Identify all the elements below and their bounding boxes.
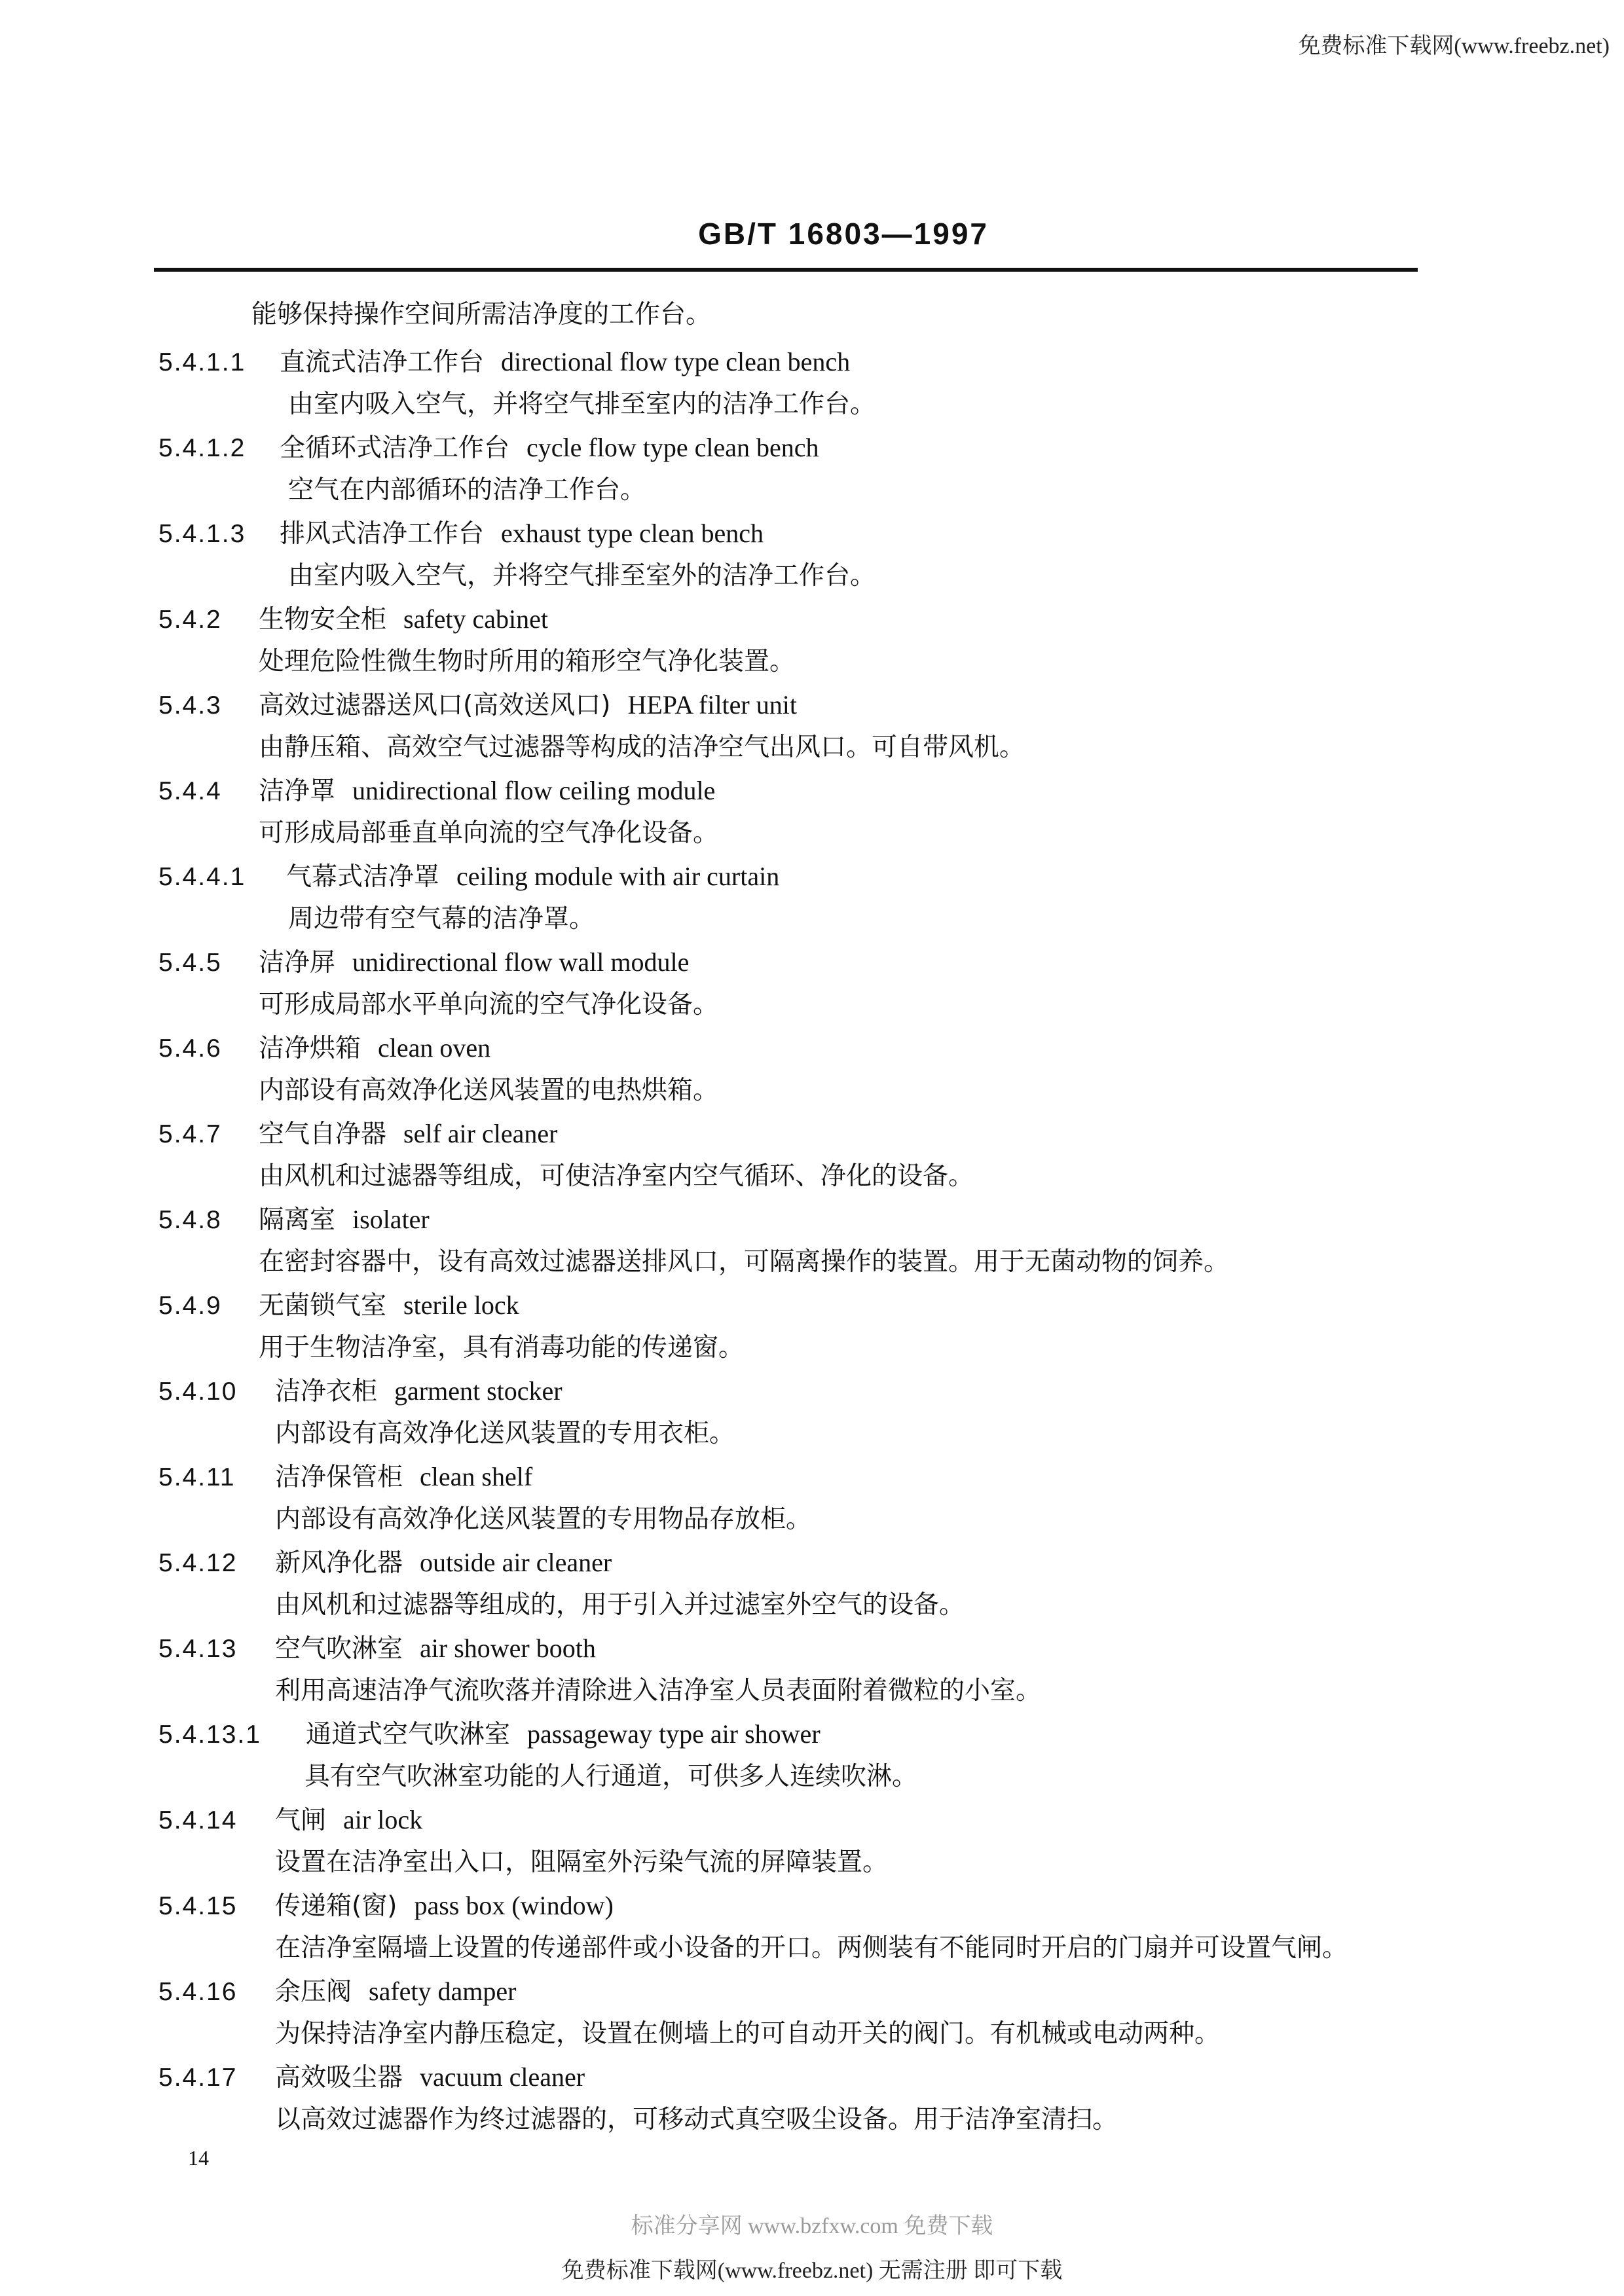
term-definition: 利用高速洁净气流吹落并清除进入洁净室人员表面附着微粒的小室。 [275,1676,1041,1706]
term-zh: 空气吹淋室 [275,1634,403,1664]
term-entry-heading: 5.4.11洁净保管柜clean shelf [158,1462,532,1493]
term-definition: 为保持洁净室内静压稳定，设置在侧墙上的可自动开关的阀门。有机械或电动两种。 [275,2019,1220,2049]
term-en: outside air cleaner [420,1548,612,1577]
term-zh: 洁净屏 [259,948,335,977]
term-entry-heading: 5.4.1.1直流式洁净工作台directional flow type cle… [158,347,850,378]
term-en: safety damper [369,1977,516,2006]
term-definition: 由室内吸入空气，并将空气排至室内的洁净工作台。 [288,390,876,420]
term-zh: 高效吸尘器 [275,2063,403,2092]
term-zh: 空气自净器 [259,1120,386,1149]
term-en: cycle flow type clean bench [526,433,819,462]
term-en: clean shelf [420,1462,532,1491]
term-definition: 内部设有高效净化送风装置的专用物品存放柜。 [275,1504,811,1535]
term-en: air lock [343,1805,422,1834]
entry-number: 5.4.4.1 [158,862,286,892]
term-definition: 设置在洁净室出入口，阻隔室外污染气流的屏障装置。 [275,1848,888,1878]
entry-number: 5.4.1.1 [158,348,280,378]
term-en: directional flow type clean bench [501,347,850,376]
term-definition: 周边带有空气幕的洁净罩。 [288,904,595,934]
term-zh: 传递箱(窗) [275,1891,397,1921]
term-definition: 以高效过滤器作为终过滤器的，可移动式真空吸尘设备。用于洁净室清扫。 [275,2105,1118,2135]
watermark-top: 免费标准下载网(www.freebz.net) [1298,27,1610,60]
term-definition: 由静压箱、高效空气过滤器等构成的洁净空气出风口。可自带风机。 [259,733,1025,763]
term-entry-heading: 5.4.8隔离室isolater [158,1205,430,1235]
term-definition: 在密封容器中，设有高效过滤器送排风口，可隔离操作的装置。用于无菌动物的饲养。 [259,1247,1229,1277]
term-zh: 直流式洁净工作台 [280,348,484,377]
entry-number: 5.4.10 [158,1377,275,1407]
watermark-bottom-freebz: 免费标准下载网(www.freebz.net) 无需注册 即可下载 [0,2252,1624,2284]
entry-number: 5.4.4 [158,776,259,807]
term-definition: 可形成局部水平单向流的空气净化设备。 [259,990,718,1020]
entry-number: 5.4.5 [158,948,259,978]
term-entry-heading: 5.4.6洁净烘箱clean oven [158,1033,490,1064]
term-en: self air cleaner [403,1119,557,1148]
watermark-bottom-bzfxw: 标准分享网 www.bzfxw.com 免费下载 [0,2208,1624,2240]
term-entry-heading: 5.4.5洁净屏unidirectional flow wall module [158,947,689,978]
term-zh: 新风净化器 [275,1548,403,1578]
term-zh: 生物安全柜 [259,605,386,634]
term-en: exhaust type clean bench [501,519,764,548]
term-entry-heading: 5.4.1.3排风式洁净工作台exhaust type clean bench [158,519,764,549]
term-entry-heading: 5.4.7空气自净器self air cleaner [158,1119,557,1150]
term-en: unidirectional flow wall module [352,947,689,977]
term-entry-heading: 5.4.13.1通道式空气吹淋室passageway type air show… [158,1719,821,1750]
term-zh: 全循环式洁净工作台 [280,433,509,463]
term-entry-heading: 5.4.17高效吸尘器vacuum cleaner [158,2062,585,2093]
term-zh: 洁净衣柜 [275,1377,377,1406]
entry-number: 5.4.13.1 [158,1720,306,1750]
entry-number: 5.4.17 [158,2063,275,2093]
term-zh: 通道式空气吹淋室 [306,1720,510,1749]
term-definition: 具有空气吹淋室功能的人行通道，可供多人连续吹淋。 [304,1762,917,1792]
term-definition: 用于生物洁净室，具有消毒功能的传递窗。 [259,1333,744,1363]
term-zh: 洁净保管柜 [275,1463,403,1492]
entry-number: 5.4.13 [158,1634,275,1664]
term-en: ceiling module with air curtain [456,862,779,891]
entry-number: 5.4.1.2 [158,433,280,464]
term-entry-heading: 5.4.9无菌锁气室sterile lock [158,1290,519,1321]
term-en: unidirectional flow ceiling module [352,776,715,805]
entry-number: 5.4.9 [158,1291,259,1321]
term-entry-heading: 5.4.2生物安全柜safety cabinet [158,604,548,635]
term-zh: 无菌锁气室 [259,1291,386,1321]
term-definition: 内部设有高效净化送风装置的专用衣柜。 [275,1419,735,1449]
term-en: air shower booth [420,1633,596,1663]
term-en: vacuum cleaner [420,2062,585,2092]
term-entry-heading: 5.4.16余压阀safety damper [158,1977,516,2007]
term-entry-heading: 5.4.14气闸air lock [158,1805,422,1836]
term-definition: 可形成局部垂直单向流的空气净化设备。 [259,818,718,848]
term-en: sterile lock [403,1290,519,1320]
term-entry-heading: 5.4.13空气吹淋室air shower booth [158,1633,596,1664]
term-definition: 空气在内部循环的洁净工作台。 [288,475,646,505]
term-en: HEPA filter unit [627,690,797,720]
entry-number: 5.4.14 [158,1806,275,1836]
term-definition: 处理危险性微生物时所用的箱形空气净化装置。 [259,647,795,677]
term-definition: 内部设有高效净化送风装置的电热烘箱。 [259,1076,718,1106]
term-entry-heading: 5.4.3高效过滤器送风口(高效送风口)HEPA filter unit [158,690,797,721]
term-en: passageway type air shower [527,1719,821,1749]
entry-number: 5.4.15 [158,1891,275,1922]
term-en: isolater [352,1205,430,1234]
term-zh: 高效过滤器送风口(高效送风口) [259,691,610,720]
entry-number: 5.4.2 [158,605,259,635]
term-zh: 洁净烘箱 [259,1034,361,1063]
term-en: garment stocker [394,1376,563,1406]
entry-number: 5.4.1.3 [158,519,280,549]
page-header-standard-code: GB/T 16803—1997 [0,216,989,251]
term-zh: 排风式洁净工作台 [280,519,484,549]
term-definition: 在洁净室隔墙上设置的传递部件或小设备的开口。两侧装有不能同时开启的门扇并可设置气… [275,1933,1348,1963]
term-entry-heading: 5.4.4洁净罩unidirectional flow ceiling modu… [158,776,715,807]
term-zh: 余压阀 [275,1977,352,2007]
term-zh: 隔离室 [259,1205,335,1235]
entry-number: 5.4.8 [158,1205,259,1235]
term-zh: 气闸 [275,1806,326,1835]
entry-number: 5.4.12 [158,1548,275,1578]
term-entry-heading: 5.4.12新风净化器outside air cleaner [158,1548,612,1578]
term-definition: 由室内吸入空气，并将空气排至室外的洁净工作台。 [288,561,876,591]
intro-line: 能够保持操作空间所需洁净度的工作台。 [251,300,711,330]
term-definition: 由风机和过滤器等组成，可使洁净室内空气循环、净化的设备。 [259,1161,974,1192]
term-zh: 洁净罩 [259,776,335,806]
header-rule [154,268,1418,272]
entry-number: 5.4.6 [158,1034,259,1064]
entry-number: 5.4.11 [158,1463,275,1493]
term-en: pass box (window) [414,1891,613,1920]
term-entry-heading: 5.4.10洁净衣柜garment stocker [158,1376,563,1407]
term-en: safety cabinet [403,604,548,634]
term-entry-heading: 5.4.15传递箱(窗)pass box (window) [158,1891,614,1922]
entry-number: 5.4.7 [158,1120,259,1150]
term-zh: 气幕式洁净罩 [286,862,439,892]
entry-number: 5.4.16 [158,1977,275,2007]
term-definition: 由风机和过滤器等组成的，用于引入并过滤室外空气的设备。 [275,1590,965,1620]
entry-number: 5.4.3 [158,691,259,721]
page-number: 14 [188,2146,209,2170]
term-entry-heading: 5.4.4.1气幕式洁净罩ceiling module with air cur… [158,862,779,892]
term-entry-heading: 5.4.1.2全循环式洁净工作台cycle flow type clean be… [158,433,819,464]
term-en: clean oven [378,1033,490,1063]
